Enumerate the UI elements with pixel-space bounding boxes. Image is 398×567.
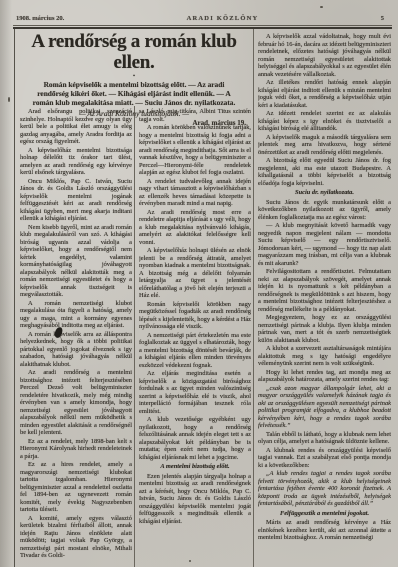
- paragraph: Máris az aradi rendőrség kérvénye a Ház …: [258, 519, 391, 542]
- paragraph: Az idézett rendelet szerint ez az alakul…: [258, 110, 391, 133]
- scan-speck: [8, 97, 10, 102]
- paragraph: A román képviselők arra az álláspontra h…: [20, 331, 132, 369]
- paragraph: sa László, mig titkára, Albini Titus szi…: [139, 108, 251, 123]
- paragraph: Felvilágositottam a rendőrtisztet. Felmu…: [258, 268, 391, 313]
- paragraph: Arad elsőrangu politikai szenzáció szinh…: [20, 108, 132, 146]
- paragraph: Az aradi rendőrség a mentelmi bizottságh…: [20, 369, 132, 437]
- paragraph: Megjegyeztem, hogy ez az országgyülési n…: [258, 314, 391, 344]
- right-column-rule: [253, 29, 254, 567]
- paragraph: A klubot a szervezett asztaltársaságok m…: [258, 345, 391, 368]
- paragraph: Az eljárás meginditása esetén a képvisel…: [139, 370, 251, 415]
- paragraph: A képviselők maguk a második tárgyalásra…: [258, 134, 391, 157]
- scan-speck: [189, 560, 191, 562]
- paragraph: „A klub rendes tagjai a rendes tagok sor…: [258, 470, 391, 508]
- paragraph: Suciu János dr. egyik munkatársunk előtt…: [258, 199, 391, 222]
- left-edge-smudge: [0, 0, 12, 567]
- scan-speck: [320, 6, 323, 8]
- paragraph: A román körökben valószinünek tartják, h…: [139, 124, 251, 177]
- paragraph: A klubnak rendes és országgyülési képvis…: [258, 447, 391, 470]
- paragraph: A nemzetiségi párt értekezletén ma este …: [139, 332, 251, 370]
- paragraph: Román képviselői körökben nagy megütközé…: [139, 301, 251, 331]
- inner-column-rule: [134, 106, 135, 567]
- paragraph: Hogy ki lehet rendes tag, azt mondja meg…: [258, 369, 391, 384]
- paragraph: Ez az a rendelet, mely 1898-ban kelt s H…: [20, 438, 132, 461]
- paragraph: A komité, amely egyes választó kerületek…: [20, 515, 132, 560]
- paragraph: A bizottság előtt egyedül Suciu János dr…: [258, 157, 391, 187]
- article-headline: A rendőrség a román klub ellen.: [18, 31, 250, 73]
- masthead-page-number: 5: [381, 15, 384, 22]
- article-subhead: Román képviselők a mentelmi bizottság el…: [18, 81, 250, 107]
- paragraph: A képviselők azzal vádoltatnak, hogy mul…: [258, 33, 391, 78]
- paragraph: Nem kisebb ügyről, mint az aradi román k…: [20, 224, 132, 299]
- column-1-text: Arad elsőrangu politikai szenzáció szinh…: [20, 108, 132, 567]
- paragraph: A képviselőház holnapi ülésén az elnök j…: [139, 247, 251, 300]
- column-3-text: A képviselők azzal vádoltatnak, hogy mul…: [258, 33, 391, 567]
- masthead-title: ARADI KÖZLÖNY: [187, 15, 259, 22]
- masthead-rule-thin: [13, 25, 392, 26]
- paragraph: „csak azon magyar állampolgár lehet, aki…: [258, 385, 391, 430]
- newspaper-scan: { "colors": { "paper": "#cac7c0", "ink":…: [0, 0, 398, 567]
- left-column-rule: [14, 29, 15, 567]
- masthead: 1908. március 20. ARADI KÖZLÖNY 5: [16, 15, 384, 22]
- paragraph: Talán ebből is látható, hogy a klubnak n…: [258, 431, 391, 446]
- paragraph: A képviselőház mentelmi bizottsága holna…: [20, 147, 132, 177]
- paragraph: Ezen jelentés alapján tárgyalja holnap a…: [139, 473, 251, 526]
- section-heading: A mentelmi bizottság előtt.: [139, 463, 251, 471]
- masthead-date: 1908. március 20.: [16, 15, 64, 22]
- paragraph: A klub vezetősége egyébként ugy nyilatko…: [139, 416, 251, 461]
- section-heading: Suciu dr. nyilatkozata.: [258, 189, 391, 197]
- masthead-rule-thick: [13, 27, 392, 29]
- paragraph: Az aradi rendőrség most erre a rendeletr…: [139, 209, 251, 247]
- paragraph: A rendelet tudvalevőleg annak idején nag…: [139, 178, 251, 208]
- column-2-text: sa László, mig titkára, Albini Titus szi…: [139, 108, 251, 567]
- paragraph: Oncu Miklós, Pap C. István, Suciu János …: [20, 178, 132, 223]
- paragraph: A román nemzetiségi klubot megalakulása …: [20, 300, 132, 330]
- paragraph: Az illetékes rendőri hatóság ennek alapj…: [258, 79, 391, 109]
- paragraph: Ez az a hires rendelet, amely a magyaror…: [20, 461, 132, 514]
- masthead-rule: [13, 25, 392, 29]
- section-heading: Felfüggesztik a mentelmi jogokat.: [258, 510, 391, 518]
- newspaper-page: 1908. március 20. ARADI KÖZLÖNY 5 A rend…: [0, 0, 398, 567]
- paragraph: — A klub megnyitását követő harmadik vag…: [258, 222, 391, 267]
